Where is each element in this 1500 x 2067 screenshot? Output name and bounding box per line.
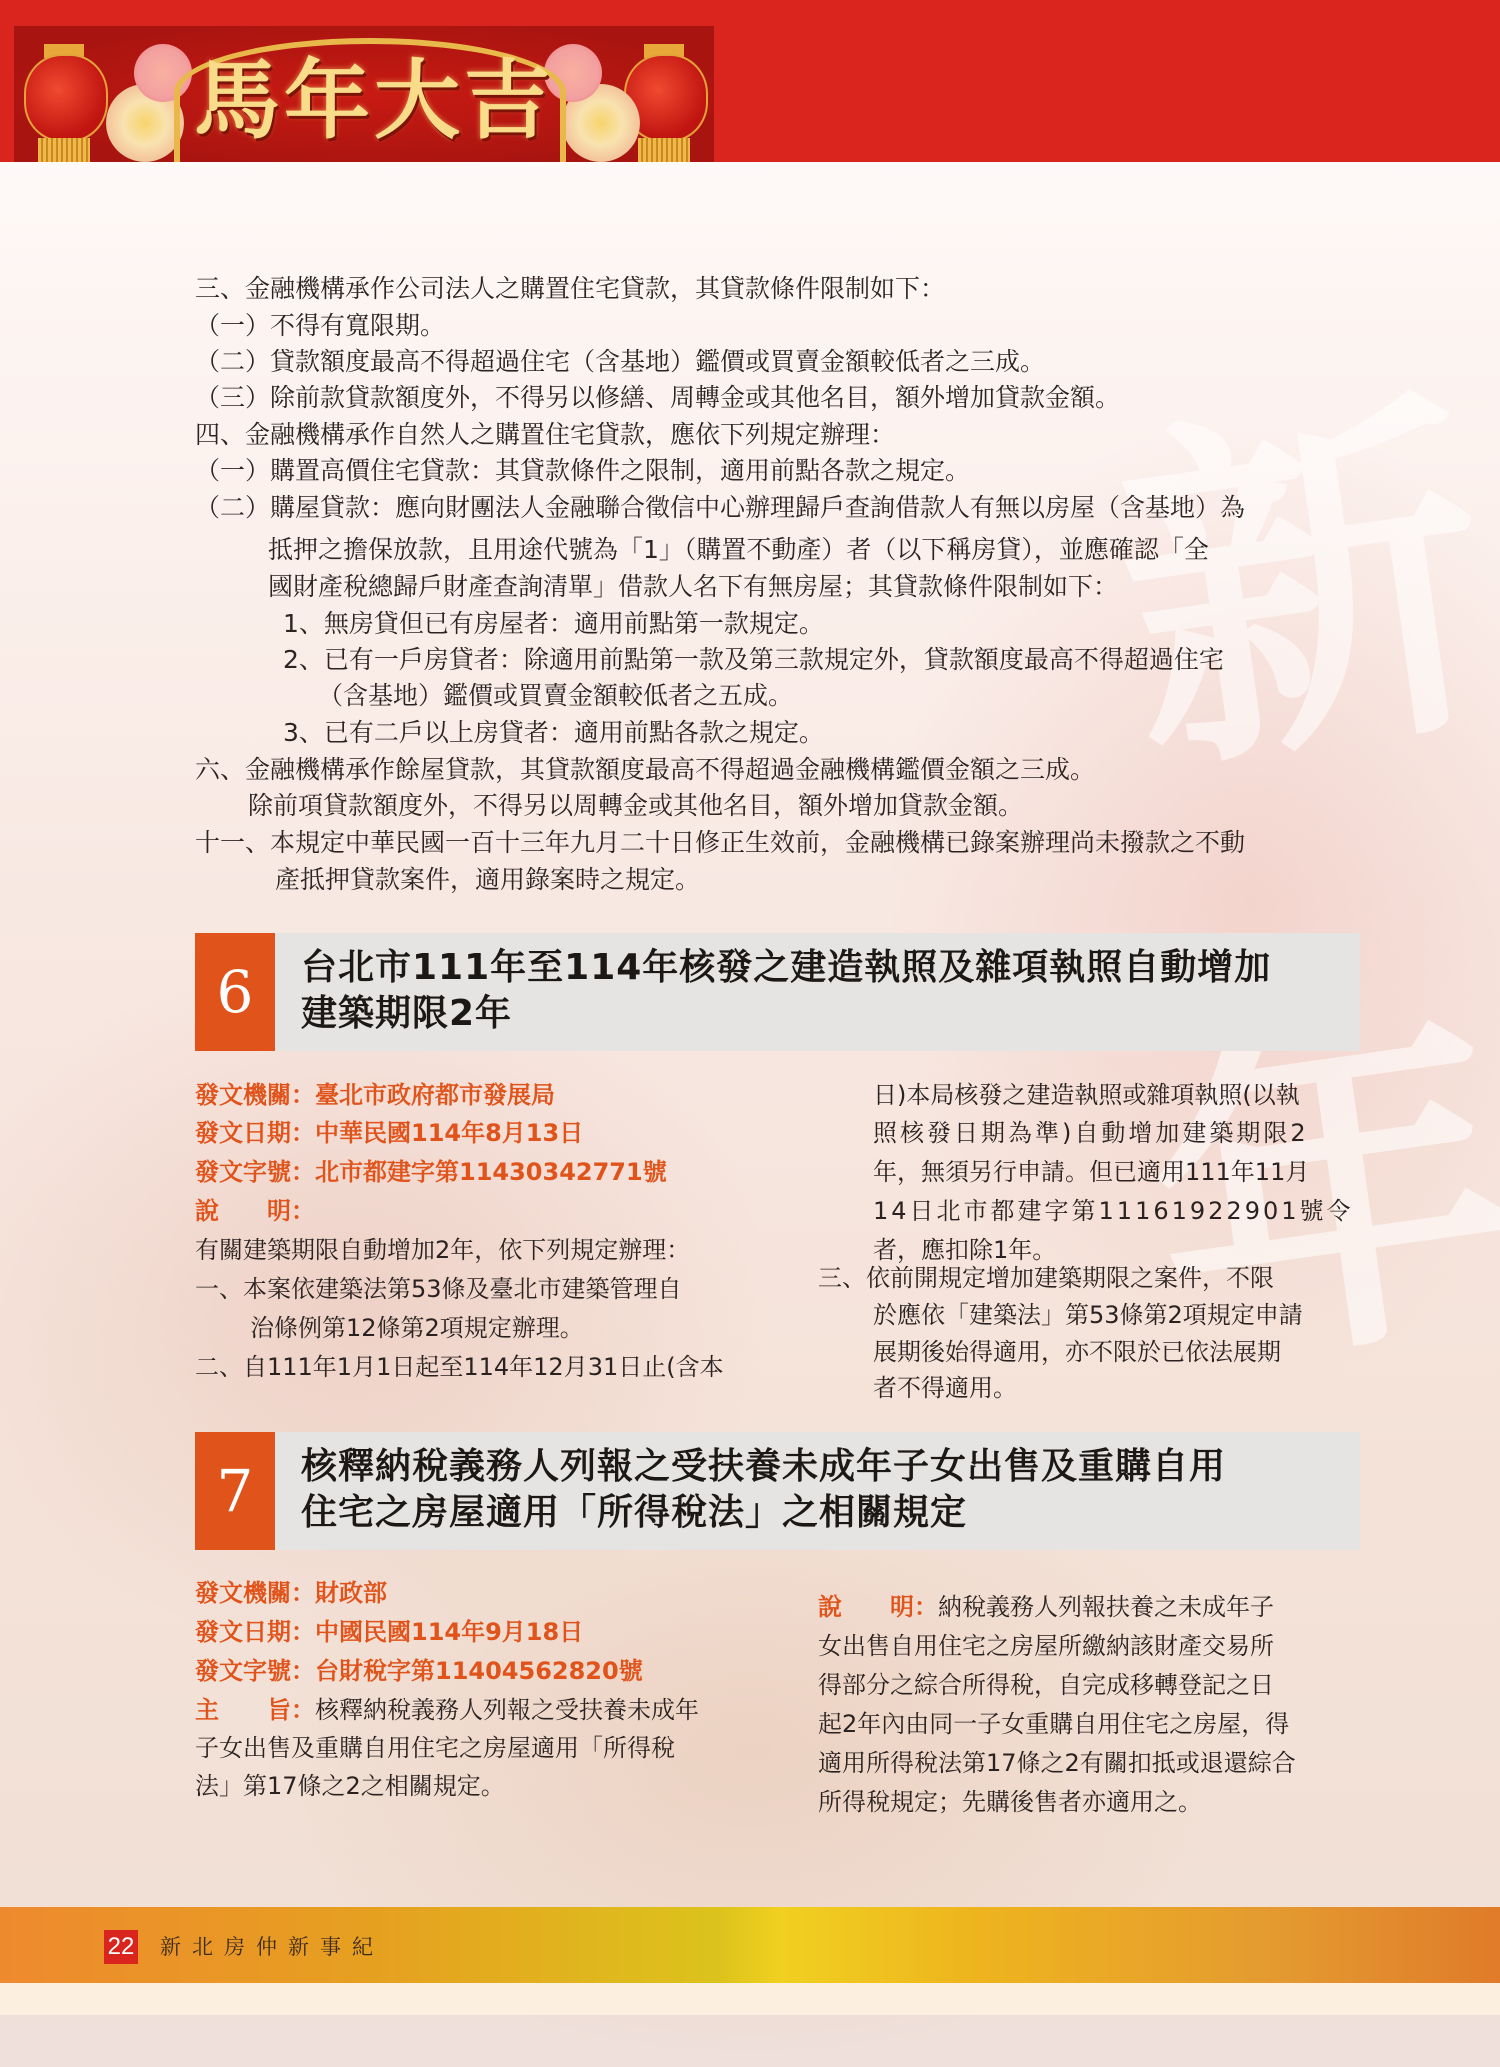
- docno-label: 發文字號：: [195, 1657, 315, 1685]
- text-line: 照核發日期為準)自動增加建築期限2: [873, 1114, 1309, 1152]
- subject-label: 主 旨：: [195, 1696, 315, 1724]
- issuer-label: 發文機關：: [195, 1081, 315, 1109]
- docno-label: 發文字號：: [195, 1158, 315, 1186]
- text-line: 展期後始得適用，亦不限於已依法展期: [873, 1333, 1281, 1371]
- docno-row: 發文字號：北市都建字第11430342771號: [195, 1153, 667, 1191]
- text-line: 起2年內由同一子女重購自用住宅之房屋，得: [818, 1705, 1289, 1743]
- text-line: 於應依「建築法」第53條第2項規定申請: [873, 1296, 1303, 1334]
- date-value: 中華民國114年8月13日: [315, 1119, 583, 1147]
- section-title-line: 住宅之房屋適用「所得稅法」之相關規定: [301, 1490, 1226, 1536]
- text-line: （二）貸款額度最高不得超過住宅（含基地）鑑價或買賣金額較低者之三成。: [195, 344, 1045, 380]
- text-line: 得部分之綜合所得稅，自完成移轉登記之日: [818, 1666, 1274, 1704]
- subject-row: 主 旨：核釋納稅義務人列報之受扶養未成年: [195, 1691, 699, 1729]
- text-line: 適用所得稅法第17條之2有關扣抵或退還綜合: [818, 1744, 1296, 1782]
- text-line: 抵押之擔保放款，且用途代號為「1」（購置不動產）者（以下稱房貸），並應確認「全: [268, 532, 1209, 568]
- section-title-line: 核釋納稅義務人列報之受扶養未成年子女出售及重購自用: [301, 1444, 1226, 1490]
- left-lantern-icon: [18, 40, 110, 160]
- docno-value: 台財稅字第11404562820號: [315, 1657, 643, 1685]
- text-line: 六、金融機構承作餘屋貸款，其貸款額度最高不得超過金融機構鑑價金額之三成。: [195, 752, 1095, 788]
- text-line: 除前項貸款額度外，不得另以周轉金或其他名目，額外增加貸款金額。: [248, 788, 1023, 824]
- new-year-banner: 馬年大吉: [14, 26, 714, 162]
- text-line: 國財產稅總歸戶財產查詢清單」借款人名下有無房屋；其貸款條件限制如下：: [268, 569, 1118, 605]
- text-line: 所得稅規定；先購後售者亦適用之。: [818, 1783, 1202, 1821]
- text-line: 女出售自用住宅之房屋所繳納該財產交易所: [818, 1627, 1274, 1665]
- text-line: 二、自111年1月1日起至114年12月31日止(含本: [195, 1348, 724, 1386]
- text-line: 日)本局核發之建造執照或雜項執照(以執: [873, 1076, 1300, 1114]
- subject-text: 核釋納稅義務人列報之受扶養未成年: [315, 1696, 699, 1724]
- explain-row: 說 明：納稅義務人列報扶養之未成年子: [818, 1588, 1274, 1626]
- date-label: 發文日期：: [195, 1119, 315, 1147]
- explain-text: 納稅義務人列報扶養之未成年子: [938, 1593, 1274, 1621]
- text-line: 十一、本規定中華民國一百十三年九月二十日修正生效前，金融機構已錄案辦理尚未撥款之…: [195, 825, 1245, 861]
- footer-band: [0, 1983, 1500, 2015]
- text-line: 有關建築期限自動增加2年，依下列規定辦理：: [195, 1231, 690, 1269]
- banner-title: 馬年大吉: [184, 46, 564, 156]
- text-line: （二）購屋貸款：應向財團法人金融聯合徵信中心辦理歸戶查詢借款人有無以房屋（含基地…: [195, 490, 1245, 526]
- explain-label: 說 明：: [195, 1192, 315, 1230]
- text-line: 一、本案依建築法第53條及臺北市建築管理自: [195, 1270, 682, 1308]
- issuer-label: 發文機關：: [195, 1579, 315, 1607]
- text-line: 子女出售及重購自用住宅之房屋適用「所得稅: [195, 1729, 675, 1767]
- text-line: 14日北市都建字第11161922901號令: [873, 1192, 1354, 1230]
- docno-row: 發文字號：台財稅字第11404562820號: [195, 1652, 643, 1690]
- text-line: （一）不得有寬限期。: [195, 308, 445, 344]
- date-label: 發文日期：: [195, 1618, 315, 1646]
- text-line: 3、已有二戶以上房貸者：適用前點各款之規定。: [283, 715, 824, 751]
- section-title-line: 建築期限2年: [301, 991, 1271, 1037]
- section-title-line: 台北市111年至114年核發之建造執照及雜項執照自動增加: [301, 945, 1271, 991]
- text-line: 2、已有一戶房貸者：除適用前點第一款及第三款規定外，貸款額度最高不得超過住宅: [283, 642, 1224, 678]
- publication-name: 新北房仲新事紀: [160, 1930, 384, 1964]
- page-number: 22: [104, 1930, 138, 1964]
- explain-label: 說 明：: [818, 1593, 938, 1621]
- text-line: （含基地）鑑價或買賣金額較低者之五成。: [318, 678, 793, 714]
- issuer-value: 臺北市政府都市發展局: [315, 1081, 555, 1109]
- text-line: 1、無房貸但已有房屋者：適用前點第一款規定。: [283, 606, 824, 642]
- text-line: 者不得適用。: [873, 1369, 1017, 1407]
- section-number: 6: [195, 933, 275, 1051]
- text-line: （三）除前款貸款額度外，不得另以修繕、周轉金或其他名目，額外增加貸款金額。: [195, 380, 1120, 416]
- date-value: 中國民國114年9月18日: [315, 1618, 583, 1646]
- section-title: 台北市111年至114年核發之建造執照及雜項執照自動增加 建築期限2年: [301, 945, 1271, 1037]
- section-7-header: 7 核釋納稅義務人列報之受扶養未成年子女出售及重購自用 住宅之房屋適用「所得稅法…: [195, 1432, 1360, 1550]
- text-line: （一）購置高價住宅貸款：其貸款條件之限制，適用前點各款之規定。: [195, 453, 970, 489]
- section-title: 核釋納稅義務人列報之受扶養未成年子女出售及重購自用 住宅之房屋適用「所得稅法」之…: [301, 1444, 1226, 1536]
- issuer-row: 發文機關：財政部: [195, 1574, 387, 1612]
- date-row: 發文日期：中國民國114年9月18日: [195, 1613, 583, 1651]
- section-6-header: 6 台北市111年至114年核發之建造執照及雜項執照自動增加 建築期限2年: [195, 933, 1360, 1051]
- text-line: 三、金融機構承作公司法人之購置住宅貸款，其貸款條件限制如下：: [195, 271, 945, 307]
- issuer-row: 發文機關：臺北市政府都市發展局: [195, 1076, 555, 1114]
- docno-value: 北市都建字第11430342771號: [315, 1158, 667, 1186]
- date-row: 發文日期：中華民國114年8月13日: [195, 1114, 583, 1152]
- text-line: 產抵押貸款案件，適用錄案時之規定。: [275, 862, 700, 898]
- text-line: 法」第17條之2之相關規定。: [195, 1767, 505, 1805]
- text-line: 年，無須另行申請。但已適用111年11月: [873, 1153, 1309, 1191]
- section-number: 7: [195, 1432, 275, 1550]
- text-line: 四、金融機構承作自然人之購置住宅貸款，應依下列規定辦理：: [195, 417, 895, 453]
- text-line: 三、依前開規定增加建築期限之案件，不限: [818, 1259, 1274, 1297]
- issuer-value: 財政部: [315, 1579, 387, 1607]
- text-line: 治條例第12條第2項規定辦理。: [250, 1309, 584, 1347]
